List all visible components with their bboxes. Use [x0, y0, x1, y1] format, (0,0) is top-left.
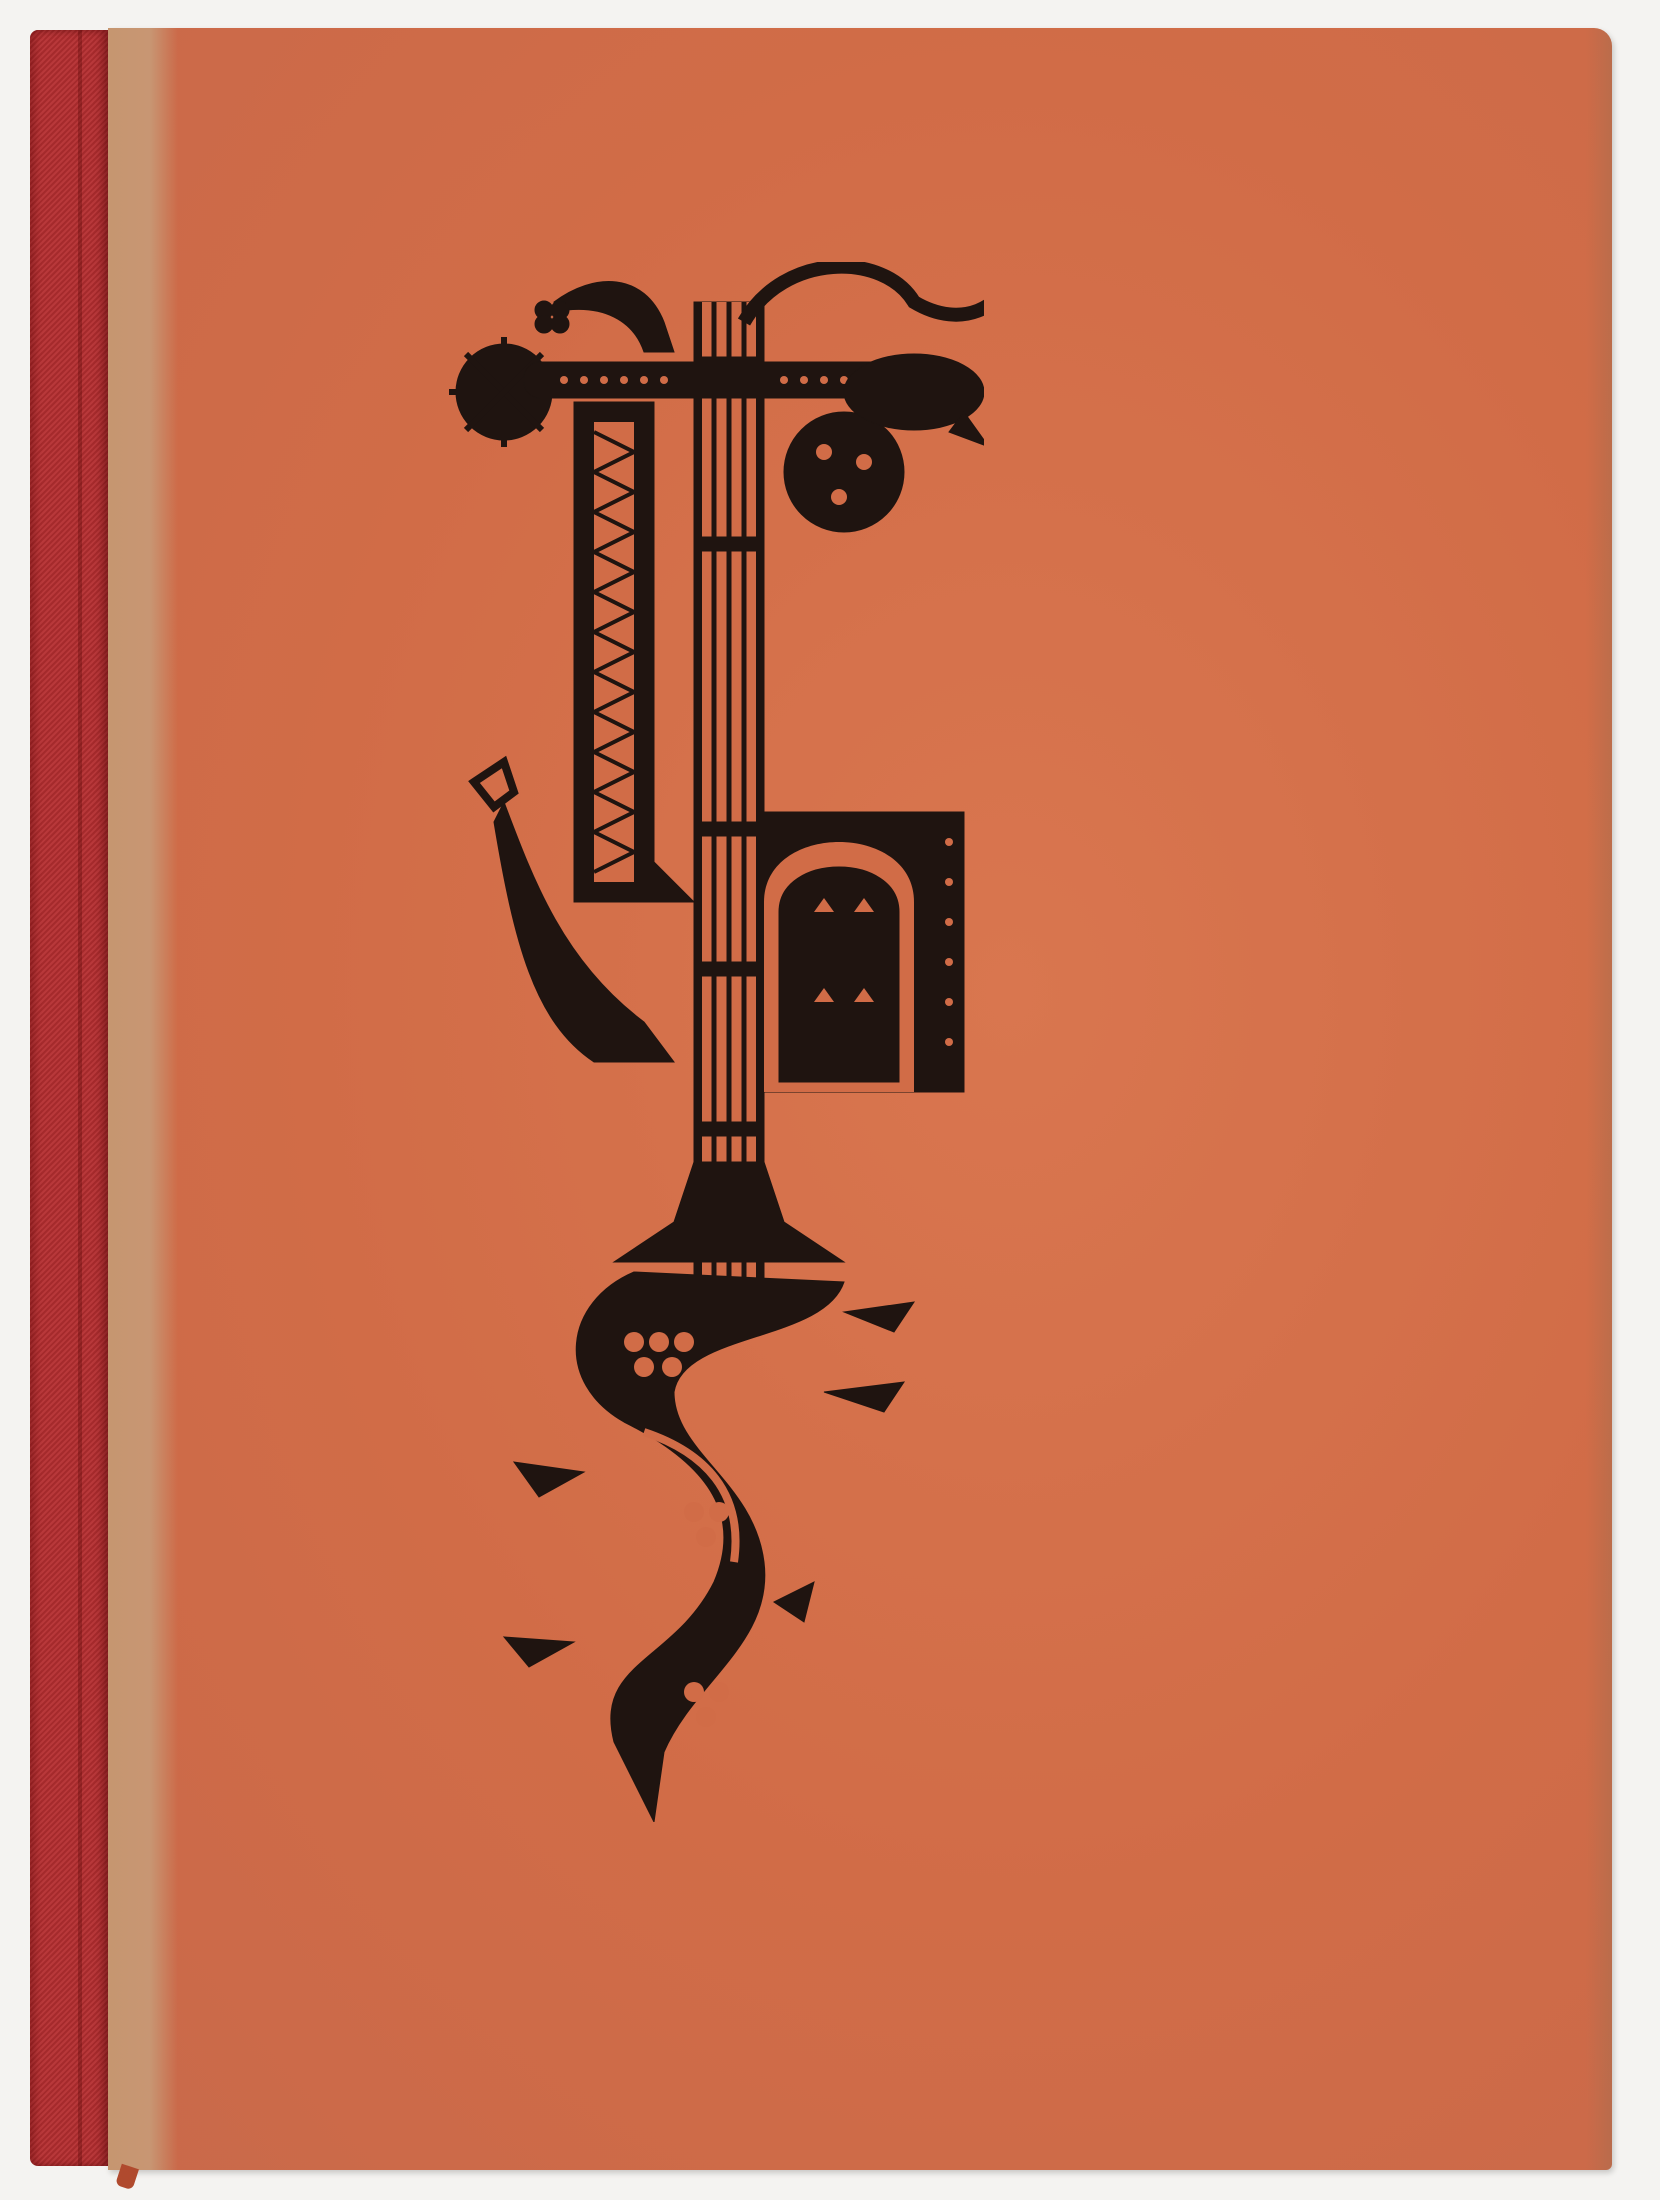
cover-edge-wear	[1586, 28, 1612, 2170]
monogram-ornament-icon	[444, 262, 984, 1822]
cover-turn-in	[108, 28, 178, 2170]
spine-fold	[78, 30, 82, 2166]
book-spine	[30, 30, 108, 2166]
